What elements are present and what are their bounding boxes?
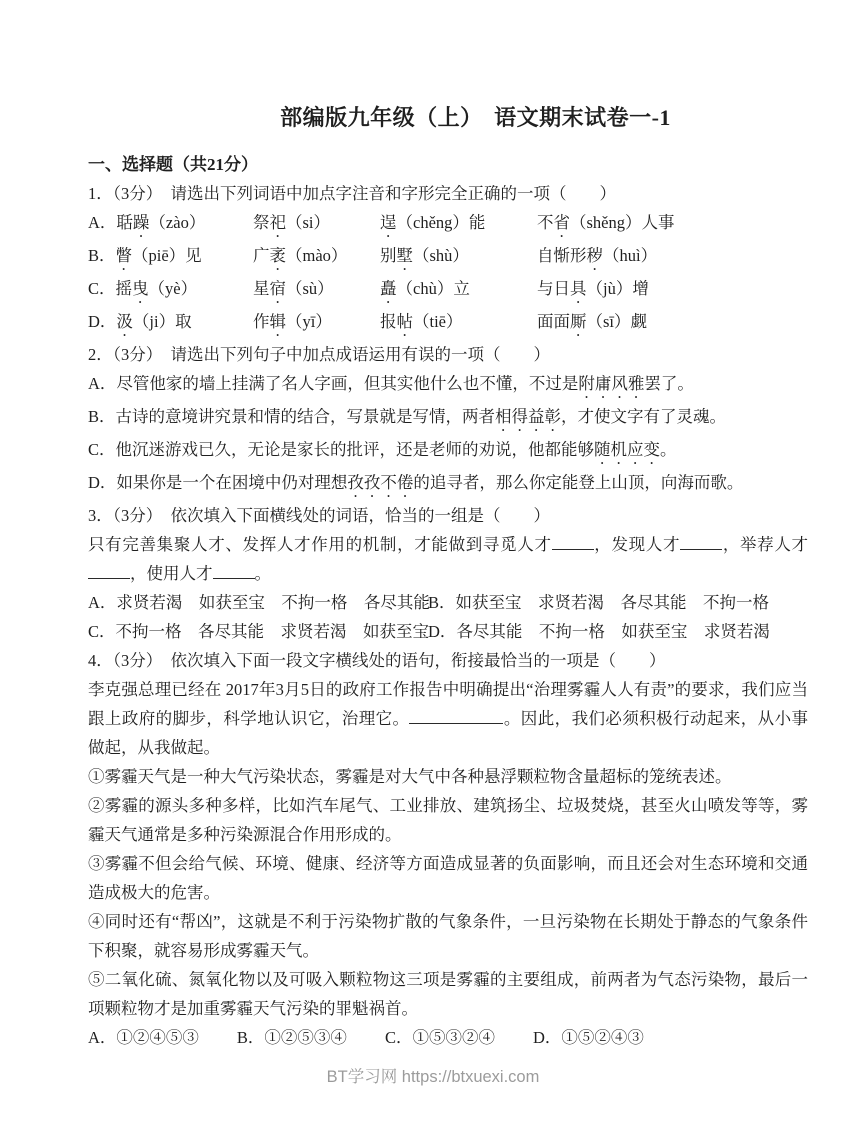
- option-c-cell-2: 星宿（sù）: [253, 274, 380, 307]
- option-c-cell-3: 矗（chù）立: [380, 274, 537, 307]
- dotted-char: 具: [570, 279, 587, 298]
- option-a-cell-1: A．聒躁（zào）: [88, 208, 253, 241]
- blank-line: [680, 536, 722, 550]
- blank-line: [88, 565, 130, 579]
- dotted-char: 宿: [270, 279, 287, 298]
- dotted-idiom: 附庸风雅: [578, 374, 644, 393]
- option-b-cell-1: B．瞥（piē）见: [88, 241, 253, 274]
- dotted-char: 汲: [116, 312, 133, 331]
- option-a: A．求贤若渴 如获至宝 不拘一格 各尽其能: [88, 588, 428, 617]
- option-a: A．尽管他家的墙上挂满了名人字画，但其实他什么也不懂，不过是附庸风雅罢了。: [88, 369, 808, 402]
- dotted-char: 逞: [380, 213, 397, 232]
- question-stem: 1．（3分） 请选出下列词语中加点字注音和字形完全正确的一项（ ）: [88, 179, 808, 208]
- q4-item-4: ④同时还有“帮凶”，这就是不利于污染物扩散的气象条件，一旦污染物在长期处于静态的…: [88, 907, 808, 965]
- dotted-idiom: 孜孜不倦: [347, 473, 413, 492]
- q4-item-2: ②雾霾的源头多种多样，比如汽车尾气、工业排放、建筑扬尘、垃圾焚烧，甚至火山喷发等…: [88, 791, 808, 849]
- dotted-char: 厮: [570, 312, 587, 331]
- dotted-char: 墅: [397, 246, 414, 265]
- blank-line: [213, 565, 255, 579]
- choice-a: A．①②④⑤③: [88, 1023, 199, 1052]
- option-a-cell-3: 逞（chěng）能: [380, 208, 537, 241]
- exam-page: 部编版九年级（上） 语文期末试卷一-1 一、选择题（共21分） 1．（3分） 请…: [0, 0, 866, 1122]
- q4-item-1: ①雾霾天气是一种大气污染状态，雾霾是对大气中各种悬浮颗粒物含量超标的笼统表述。: [88, 762, 808, 791]
- option-c-cell-4: 与日具（jù）增: [537, 274, 808, 307]
- dotted-char: 躁: [133, 213, 150, 232]
- q4-item-5: ⑤二氧化硫、氮氧化物以及可吸入颗粒物这三项是雾霾的主要组成，前两者为气态污染物，…: [88, 965, 808, 1023]
- q3-options: A．求贤若渴 如获至宝 不拘一格 各尽其能 B．如获至宝 求贤若渴 各尽其能 不…: [88, 588, 808, 646]
- option-b-cell-2: 广袤（mào）: [253, 241, 380, 274]
- question-stem: 4．（3分） 依次填入下面一段文字横线处的语句，衔接最恰当的一项是（ ）: [88, 646, 808, 675]
- option-d: D．如果你是一个在困境中仍对理想孜孜不倦的追寻者，那么你定能登上山顶，向海而歌。: [88, 468, 808, 501]
- dotted-char: 曳: [132, 279, 149, 298]
- option-a-cell-4: 不省（shěng）人事: [537, 208, 808, 241]
- dotted-char: 祀: [270, 213, 287, 232]
- dotted-char: 矗: [380, 279, 397, 298]
- q1-options: A．聒躁（zào） 祭祀（si） 逞（chěng）能 不省（shěng）人事 B…: [88, 208, 808, 340]
- option-d-cell-2: 作辑（yī）: [253, 307, 380, 340]
- exam-document: 部编版九年级（上） 语文期末试卷一-1 一、选择题（共21分） 1．（3分） 请…: [88, 103, 808, 1052]
- question-stem: 3．（3分） 依次填入下面横线处的词语，恰当的一组是（ ）: [88, 501, 808, 530]
- blank-line: [552, 536, 594, 550]
- choice-b: B．①②⑤③④: [237, 1023, 347, 1052]
- dotted-char: 省: [554, 213, 571, 232]
- option-d-cell-4: 面面厮（sī）觑: [537, 307, 808, 340]
- dotted-char: 秽: [587, 246, 604, 265]
- option-c: C．不拘一格 各尽其能 求贤若渴 如获至宝: [88, 617, 428, 646]
- dotted-char: 辑: [270, 312, 287, 331]
- option-b-cell-4: 自惭形秽（huì）: [537, 241, 808, 274]
- option-b: B．如获至宝 求贤若渴 各尽其能 不拘一格: [428, 588, 808, 617]
- dotted-idiom: 随机应变: [594, 440, 660, 459]
- dotted-char: 瞥: [116, 246, 133, 265]
- option-d: D．各尽其能 不拘一格 如获至宝 求贤若渴: [428, 617, 808, 646]
- option-d-cell-3: 报帖（tiē）: [380, 307, 537, 340]
- page-title: 部编版九年级（上） 语文期末试卷一-1: [143, 103, 808, 133]
- option-b: B．古诗的意境讲究景和情的结合，写景就是写情，两者相得益彰，才使文字有了灵魂。: [88, 402, 808, 435]
- site-watermark: BT学习网 https://btxuexi.com: [0, 1063, 866, 1087]
- question-2: 2．（3分） 请选出下列句子中加点成语运用有误的一项（ ） A．尽管他家的墙上挂…: [88, 340, 808, 501]
- question-4: 4．（3分） 依次填入下面一段文字横线处的语句，衔接最恰当的一项是（ ） 李克强…: [88, 646, 808, 1052]
- question-1: 1．（3分） 请选出下列词语中加点字注音和字形完全正确的一项（ ） A．聒躁（z…: [88, 179, 808, 340]
- question-stem: 2．（3分） 请选出下列句子中加点成语运用有误的一项（ ）: [88, 340, 808, 369]
- dotted-char: 帖: [397, 312, 414, 331]
- option-d-cell-1: D．汲（ji）取: [88, 307, 253, 340]
- dotted-char: 袤: [270, 246, 287, 265]
- choice-c: C．①⑤③②④: [385, 1023, 495, 1052]
- blank-line: [409, 710, 503, 724]
- option-b-cell-3: 别墅（shù）: [380, 241, 537, 274]
- option-a-cell-2: 祭祀（si）: [253, 208, 380, 241]
- q4-choices: A．①②④⑤③ B．①②⑤③④ C．①⑤③②④ D．①⑤②④③: [88, 1023, 808, 1052]
- section-heading: 一、选择题（共21分）: [88, 150, 808, 179]
- q3-body: 只有完善集聚人才、发挥人才作用的机制，才能做到寻觅人才，发现人才，举荐人才，使用…: [88, 530, 808, 588]
- dotted-idiom: 相得益彰: [495, 407, 561, 426]
- choice-d: D．①⑤②④③: [533, 1023, 644, 1052]
- option-c-cell-1: C．摇曳（yè）: [88, 274, 253, 307]
- q4-item-3: ③雾霾不但会给气候、环境、健康、经济等方面造成显著的负面影响，而且还会对生态环境…: [88, 849, 808, 907]
- q4-paragraph: 李克强总理已经在 2017年3月5日的政府工作报告中明确提出“治理雾霾人人有责”…: [88, 675, 808, 762]
- option-c: C．他沉迷游戏已久，无论是家长的批评，还是老师的劝说，他都能够随机应变。: [88, 435, 808, 468]
- question-3: 3．（3分） 依次填入下面横线处的词语，恰当的一组是（ ） 只有完善集聚人才、发…: [88, 501, 808, 646]
